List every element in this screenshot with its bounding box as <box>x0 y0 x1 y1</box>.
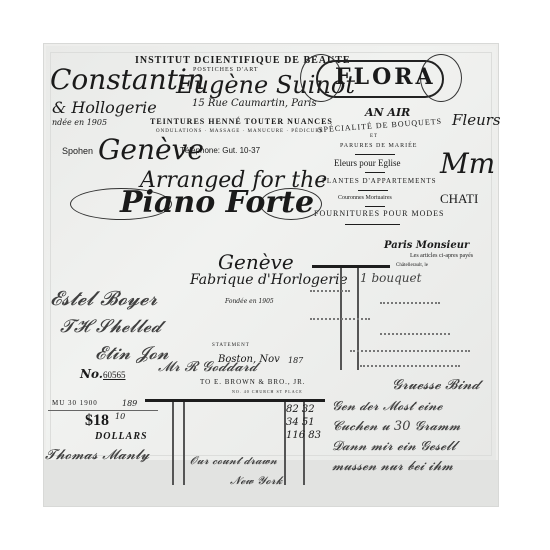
invoice-top-rule <box>312 265 390 268</box>
handwritten-note: 𝓝𝓮𝔀 𝓨𝓸𝓻𝓴 <box>230 475 282 486</box>
divider <box>358 190 388 191</box>
ledger-amount: 34 51 <box>286 418 315 428</box>
divider <box>345 224 400 225</box>
handwritten-signature: 𝓣𝓱𝓸𝓶𝓪𝓼 𝓜𝓪𝓷𝓵𝔂 <box>45 448 149 462</box>
dotted-line <box>360 365 460 369</box>
geneve-center-title: Genève <box>218 252 294 272</box>
an-air-text: AN AIR <box>365 107 410 118</box>
cents-amount: 10 <box>115 413 125 421</box>
handwritten-letter-line: 𝓖𝓻𝓾𝓮𝓼𝓼𝓮 𝓑𝓲𝓷𝓭 <box>392 378 480 392</box>
to-line-text: To E. BROWN & BRO., Jr. <box>200 379 306 386</box>
fabrique-text: Fabrique d'Horlogerie <box>190 273 348 287</box>
parures-text: PARURES DE MARIÉE <box>340 143 417 149</box>
fonde-left-text: ndée en 1905 <box>52 119 107 127</box>
dotted-line <box>350 350 470 354</box>
ledger-amount: 116 83 <box>286 431 321 441</box>
fournitures-text: FOURNITURES POUR MODES <box>314 210 444 218</box>
bouquet-entry: 1 bouquet <box>360 272 421 284</box>
address-small-text: No. 40 CHURCH ST PLACE <box>232 390 303 394</box>
handwritten-note: 𝓞𝓾𝓻 𝓬𝓸𝓾𝓷𝓽 𝓭𝓻𝓪𝔀𝓷 <box>190 455 277 466</box>
handwritten-letter-line: 𝓒𝓾𝓬𝓱𝓮𝓷 𝓾 30 𝓖𝓻𝓪𝓶𝓶 <box>332 420 460 433</box>
telephone-text: Téléphone: Gut. 10-37 <box>180 147 260 155</box>
year-189-text: 189 <box>122 400 137 408</box>
handwritten-signature: 𝓔𝓼𝓽𝓮𝓵 𝓑𝓸𝔂𝓮𝓻 <box>50 288 157 308</box>
ledger-amount: 82 32 <box>286 405 315 415</box>
dollar-amount: $18 <box>85 413 109 429</box>
check-date-text: MU 30 1900 <box>52 400 98 407</box>
dollars-label: DOLLARS <box>95 432 148 442</box>
divider <box>365 172 385 173</box>
handwritten-letter-line: 𝓓𝓪𝓷𝓷 𝓶𝓲𝓻 𝓮𝓲𝓷 𝓖𝓮𝓼𝓮𝓵𝓵 <box>332 440 456 453</box>
flora-title: FLORA <box>335 66 436 88</box>
dotted-line <box>380 333 450 337</box>
statement-label: STATEMENT <box>212 343 250 348</box>
handwritten-name: 𝓜𝓻 𝓡 𝓖𝓸𝓭𝓭𝓪𝓻𝓭 <box>158 360 257 374</box>
les-articles-text: Les articles ci-apres payés <box>410 253 473 259</box>
spohen-text: Spohen <box>62 147 93 156</box>
divider <box>355 154 395 155</box>
fonde-center-text: Fondée en 1905 <box>225 299 274 305</box>
fleurs-eglise-text: Eleurs pour Eglise <box>334 159 401 168</box>
plantes-text: PLANTES D'APPARTEMENTS <box>322 178 437 185</box>
dotted-line <box>310 290 350 294</box>
horlogerie-text: & Hollogerie <box>52 100 157 116</box>
ledger-column-line <box>172 402 174 485</box>
ledger-column-line <box>183 402 185 485</box>
handwritten-letter-line: 𝓖𝓮𝓷 𝓭𝓮𝓻 𝓜𝓸𝓼𝓽 𝓮𝓲𝓷𝓮 <box>332 400 443 413</box>
check-line <box>48 410 158 411</box>
chatellerault-text: Châtellerault, le <box>396 263 428 268</box>
teintures-text: TEINTURES HENNÉ TOUTER NUANCES <box>150 118 333 126</box>
mm-text: Mm <box>440 150 495 178</box>
couronnes-text: Couronnes Mortuaires <box>338 195 392 201</box>
divider <box>365 206 385 207</box>
dotted-line <box>310 318 370 322</box>
handwritten-signature: 𝓣𝓗 𝓢𝓱𝓮𝓵𝓵𝓮𝓭 <box>60 318 161 336</box>
fleurs-right-text: Fleurs <box>452 113 501 128</box>
paris-header: Paris Monsieur <box>384 241 469 251</box>
address-text: 15 Rue Caumartin, Paris <box>192 99 317 109</box>
number-value: 60565 <box>103 371 126 380</box>
et-text: ET <box>370 134 378 139</box>
dotted-line <box>380 302 440 306</box>
piano-forte-title: Piano Forte <box>120 188 314 218</box>
handwritten-letter-line: 𝓶𝓾𝓼𝓼𝓮𝓷 𝓷𝓾𝓻 𝓫𝓮𝓲 𝓲𝓱𝓶 <box>332 460 453 473</box>
year-187-text: 187 <box>288 357 303 365</box>
number-label: No. <box>80 368 103 380</box>
chati-text: CHATI <box>440 192 478 205</box>
